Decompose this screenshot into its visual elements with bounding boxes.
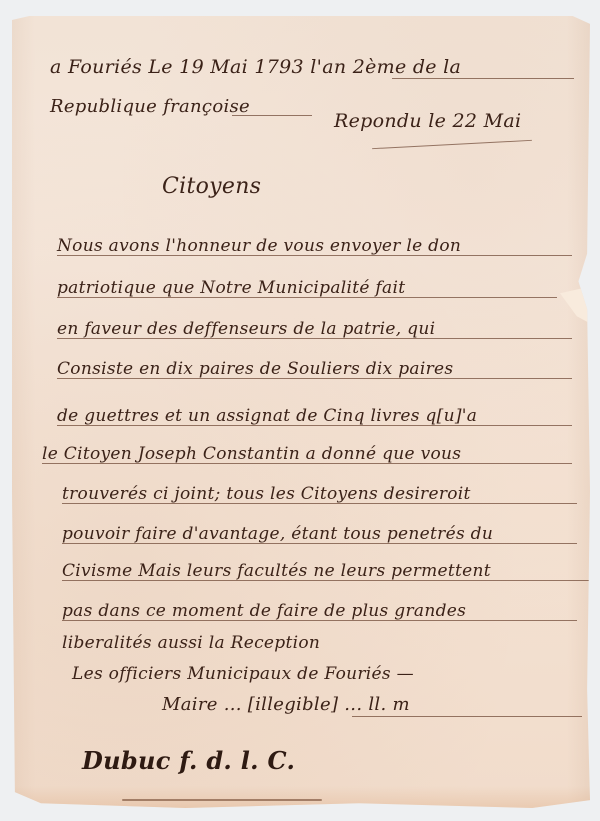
body-line: Nous avons l'honneur de vous envoyer le … bbox=[57, 236, 461, 256]
dateline-flourish bbox=[392, 78, 574, 79]
reply-underline bbox=[372, 140, 532, 149]
body-line: pas dans ce moment de faire de plus gran… bbox=[62, 601, 466, 621]
dateline-continued: Republique françoise bbox=[50, 96, 250, 117]
ruled-line bbox=[62, 543, 577, 544]
ruled-line bbox=[57, 425, 572, 426]
ruled-line bbox=[62, 620, 577, 621]
reply-note: Repondu le 22 Mai bbox=[334, 110, 521, 132]
ruled-line bbox=[57, 255, 572, 256]
closing: Les officiers Municipaux de Fouriés — bbox=[72, 664, 414, 684]
ruled-line bbox=[42, 463, 572, 464]
body-line: en faveur des deffenseurs de la patrie, … bbox=[57, 319, 435, 339]
body-line: liberalités aussi la Reception bbox=[62, 633, 320, 653]
salutation: Citoyens bbox=[162, 174, 261, 199]
signature-mayor: Maire ... [illegible] ... ll. m bbox=[162, 694, 410, 715]
body-line: le Citoyen Joseph Constantin a donné que… bbox=[42, 444, 461, 464]
body-line: pouvoir faire d'avantage, étant tous pen… bbox=[62, 524, 493, 544]
letter-paper: a Fouriés Le 19 Mai 1793 l'an 2ème de la… bbox=[12, 16, 590, 808]
dateline: a Fouriés Le 19 Mai 1793 l'an 2ème de la bbox=[50, 56, 461, 78]
ruled-line bbox=[57, 338, 572, 339]
body-line: de guettres et un assignat de Cinq livre… bbox=[57, 406, 477, 426]
body-line: patriotique que Notre Municipalité fait bbox=[57, 278, 405, 298]
ruled-line bbox=[62, 503, 577, 504]
body-line: Civisme Mais leurs facultés ne leurs per… bbox=[62, 561, 491, 581]
body-line: trouverés ci joint; tous les Citoyens de… bbox=[62, 484, 471, 504]
signature-dubuc: Dubuc f. d. l. C. bbox=[82, 746, 295, 775]
ruled-line bbox=[57, 378, 572, 379]
body-line: Consiste en dix paires de Souliers dix p… bbox=[57, 359, 453, 379]
signature-flourish bbox=[122, 799, 322, 801]
torn-corner bbox=[560, 284, 600, 330]
signature-rule bbox=[352, 716, 582, 717]
ruled-line bbox=[62, 580, 592, 581]
dateline-cont-flourish bbox=[232, 115, 312, 116]
ruled-line bbox=[57, 297, 557, 298]
